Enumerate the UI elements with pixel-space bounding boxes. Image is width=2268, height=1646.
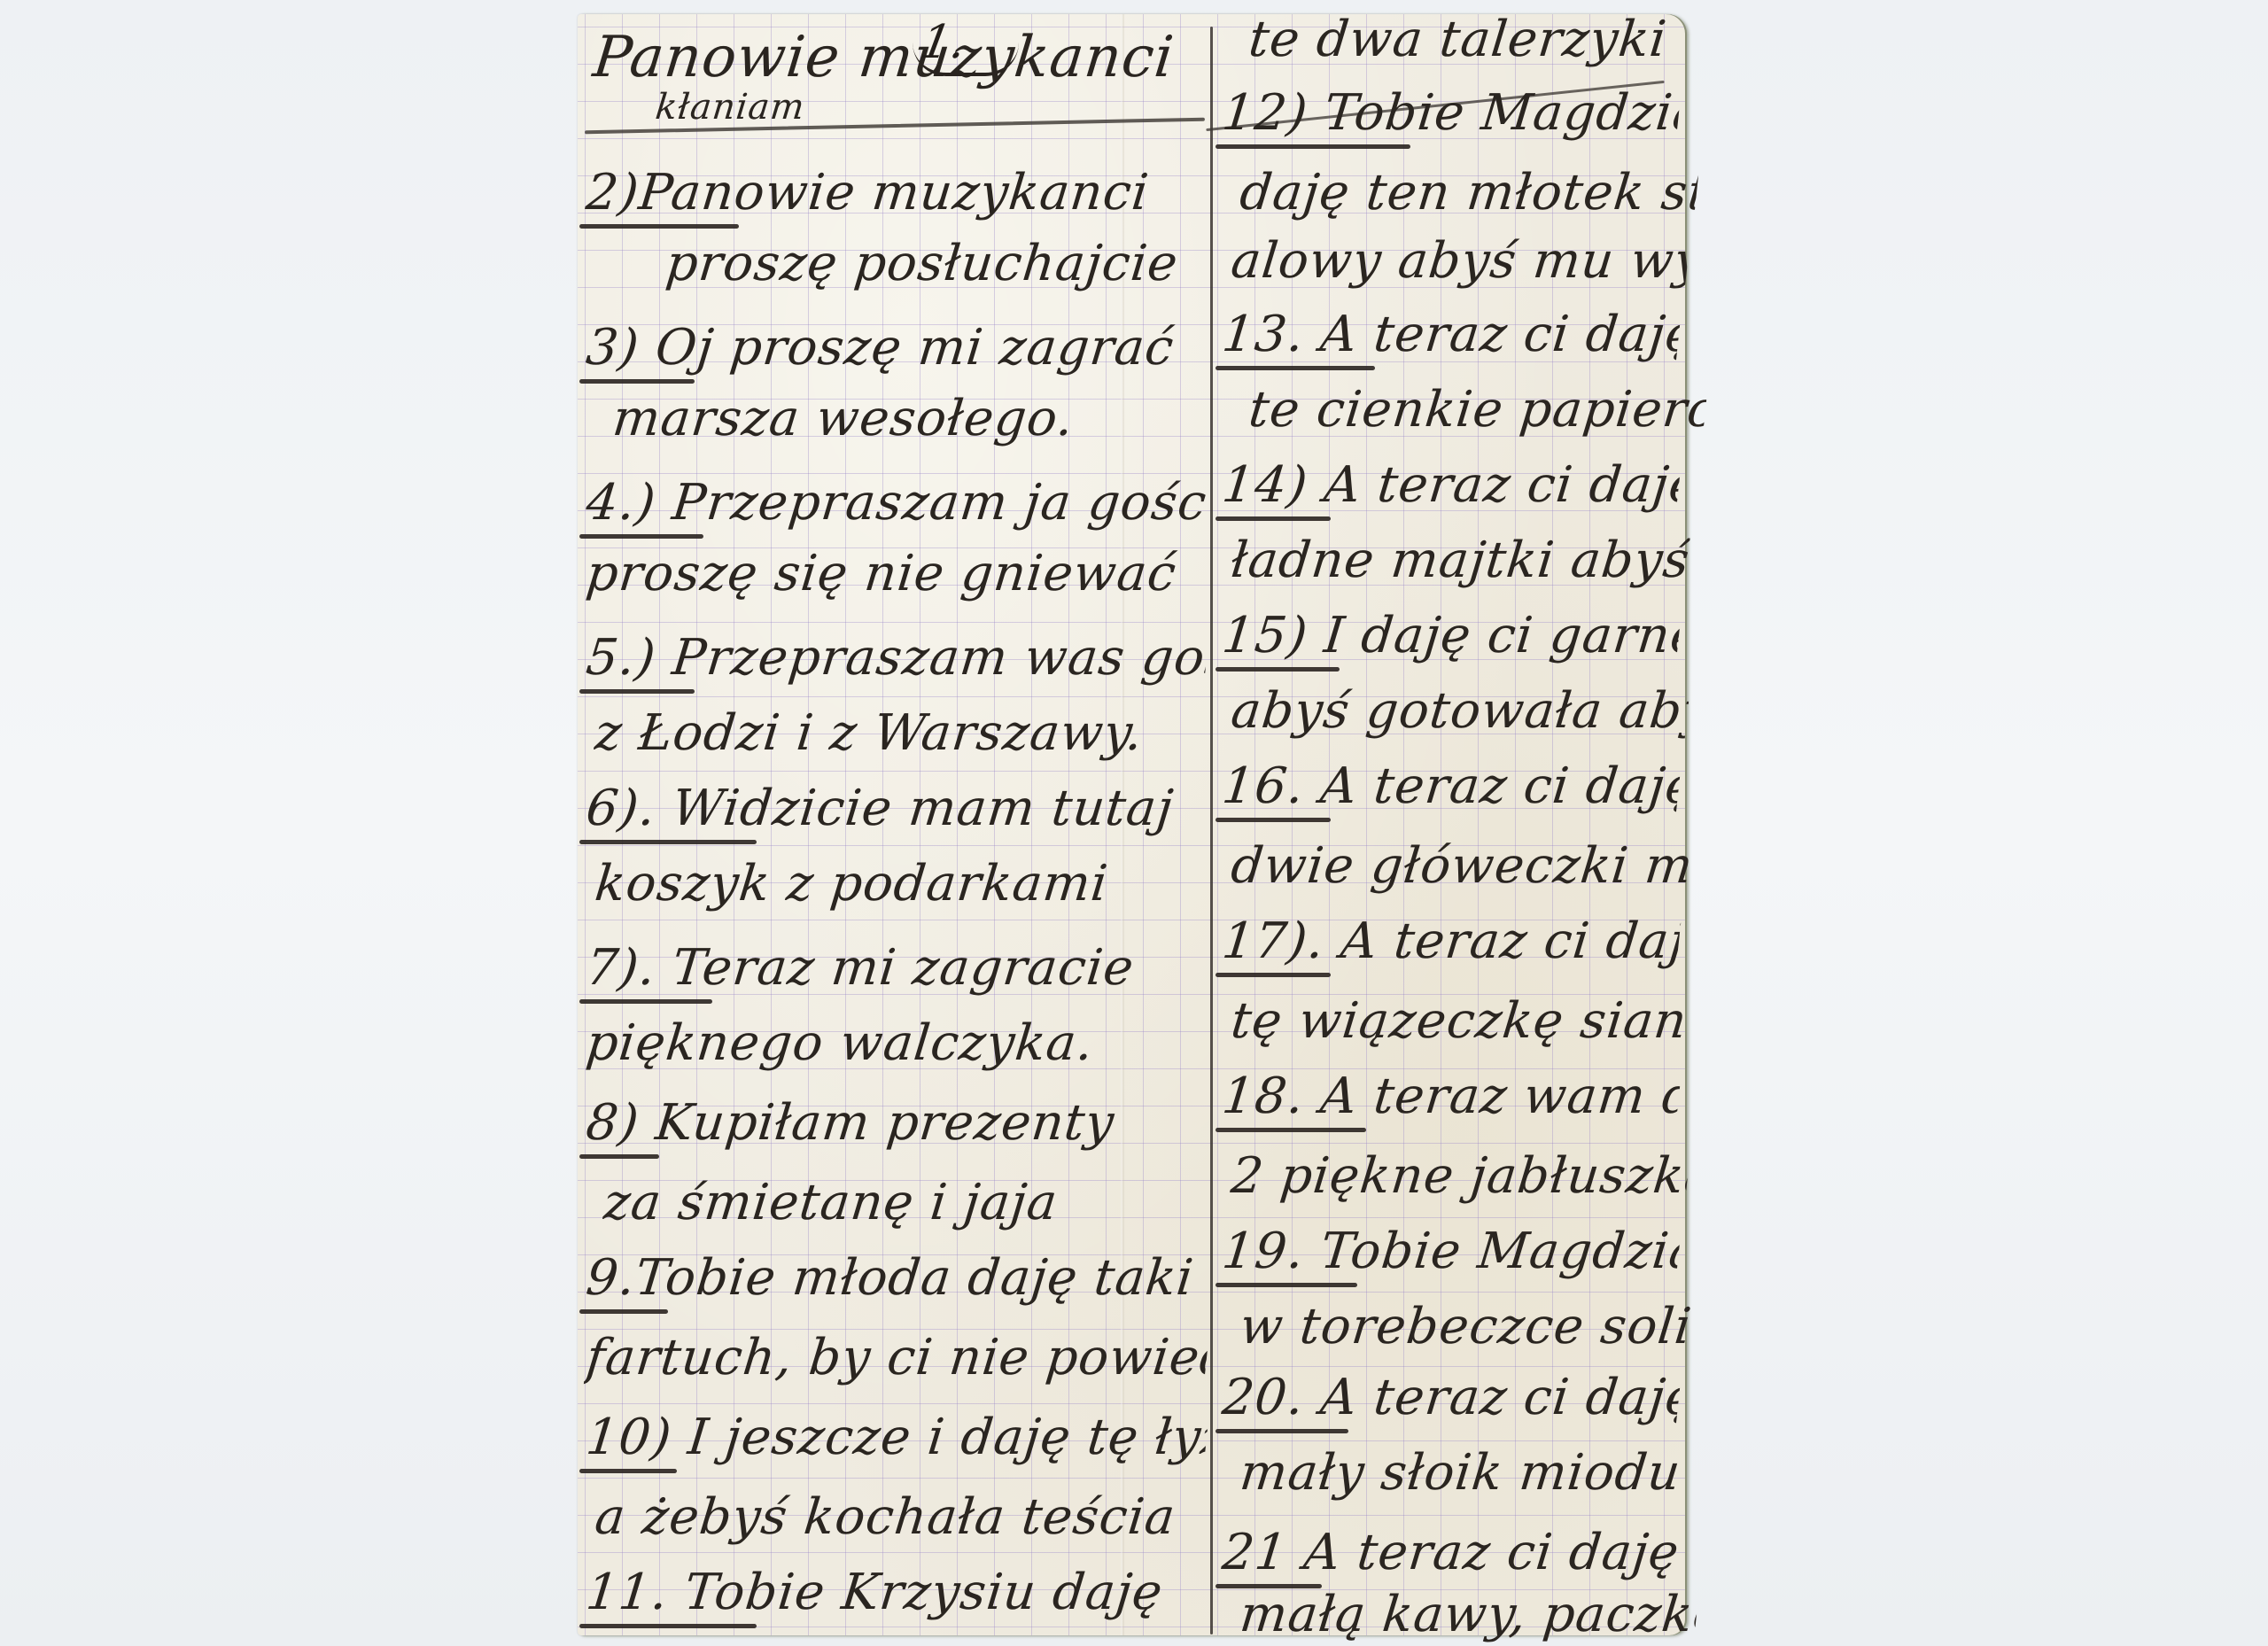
column-divider-line: [1210, 27, 1213, 1634]
verse-number-underline: [579, 224, 739, 229]
verse-line-numbered: 4.) Przepraszam ja gości: [584, 474, 1210, 532]
verse-line-numbered: 16. A teraz ci daję: [1220, 757, 1682, 815]
verse-line: te dwa talerzyki: [1247, 11, 1670, 68]
verse-line: a żebyś kochała teścia: [593, 1488, 1179, 1546]
verse-line: pięknego walczyka.: [584, 1014, 1097, 1072]
verse-number-underline: [579, 1154, 659, 1159]
verse-number-underline: [1216, 1429, 1348, 1433]
verse-line-numbered: 10) I jeszcze i daję tę łyżkę: [584, 1409, 1210, 1466]
verse-line-numbered: 6). Widzicie mam tutaj: [584, 780, 1177, 837]
verse-number-underline: [1216, 1283, 1357, 1287]
verse-line: małą kawy, paczkę: [1238, 1586, 1700, 1643]
verse-line-numbered: 15) I daję ci garnek: [1220, 607, 1682, 664]
verse-line: 2 piękne jabłuszka ha: [1229, 1147, 1691, 1205]
verse-line: koszyk z podarkami: [593, 855, 1111, 912]
verse-number-underline: [579, 689, 695, 694]
verse-number-underline: [579, 534, 703, 539]
verse-number-underline: [579, 379, 695, 384]
verse-number-underline: [579, 1469, 677, 1473]
verse-number-underline: [1216, 366, 1375, 370]
verse-line: w torebeczce soli bo: [1238, 1298, 1700, 1355]
verse-line: alowy abyś mu wył: [1229, 232, 1691, 290]
verse-line: fartuch, by ci nie powiedzą: [584, 1329, 1210, 1386]
verse-line: za śmietanę i jaja: [602, 1174, 1061, 1231]
verse-line-numbered: 7). Teraz mi zagracie: [584, 939, 1138, 997]
verse-number-underline: [1216, 1128, 1366, 1132]
verse-line-numbered: 3) Oj proszę mi zagrać: [584, 319, 1177, 377]
verse-line: proszę się nie gniewać: [584, 545, 1180, 602]
verse-line-numbered: 5.) Przepraszam was gości: [584, 629, 1210, 687]
page-number-arc: [913, 43, 1019, 76]
verse-line: te cienkie papierosy: [1247, 381, 1709, 439]
verse-number-underline: [1216, 973, 1331, 977]
verse-line-numbered: 18. A teraz wam daję: [1220, 1068, 1682, 1125]
verse-line-numbered: 12) Tobie Magdzia: [1220, 84, 1682, 142]
verse-number-underline: [579, 999, 712, 1004]
verse-line-numbered: 19. Tobie Magdzia daję: [1220, 1223, 1682, 1280]
verse-line-numbered: 21 A teraz ci daję: [1220, 1524, 1682, 1581]
verse-line: marsza wesołego.: [610, 390, 1077, 447]
verse-number-underline: [579, 840, 757, 844]
verse-line-numbered: 14) A teraz ci daję tak: [1220, 456, 1682, 514]
verse-line: dwie główeczki ma: [1229, 837, 1691, 895]
verse-number-underline: [1216, 144, 1410, 149]
verse-number-underline: [579, 1624, 757, 1628]
document-title: Panowie muzykanci: [590, 25, 1177, 90]
verse-line: tę wiązeczkę siana aby: [1229, 992, 1691, 1050]
verse-line-numbered: 13. A teraz ci daję: [1220, 306, 1682, 363]
verse-line: daję ten młotek st: [1238, 164, 1700, 221]
verse-number-underline: [1216, 818, 1331, 822]
verse-line-numbered: 8) Kupiłam prezenty: [584, 1094, 1118, 1152]
verse-line-numbered: 11. Tobie Krzysiu daję: [584, 1564, 1166, 1621]
verse-line: mały słoik miodu: [1238, 1444, 1684, 1502]
verse-line-numbered: 20. A teraz ci daję: [1220, 1369, 1682, 1426]
verse-number-underline: [579, 1309, 668, 1314]
verse-line: proszę posłuchajcie: [664, 235, 1181, 292]
verse-line: abyś gotowała abyś: [1229, 682, 1691, 740]
verse-line-numbered: 17). A teraz ci daję: [1220, 912, 1682, 970]
verse-line-numbered: 2)Panowie muzykanci: [584, 164, 1152, 221]
verse-number-underline: [1216, 516, 1331, 521]
verse-line-numbered: 9.Tobie młoda daję taki bi: [584, 1249, 1210, 1307]
verse-line: z Łodzi i z Warszawy.: [593, 704, 1146, 762]
document-subtitle: kłaniam: [654, 87, 807, 128]
verse-line: ładne majtki abyś: [1229, 532, 1691, 589]
verse-number-underline: [1216, 667, 1340, 672]
